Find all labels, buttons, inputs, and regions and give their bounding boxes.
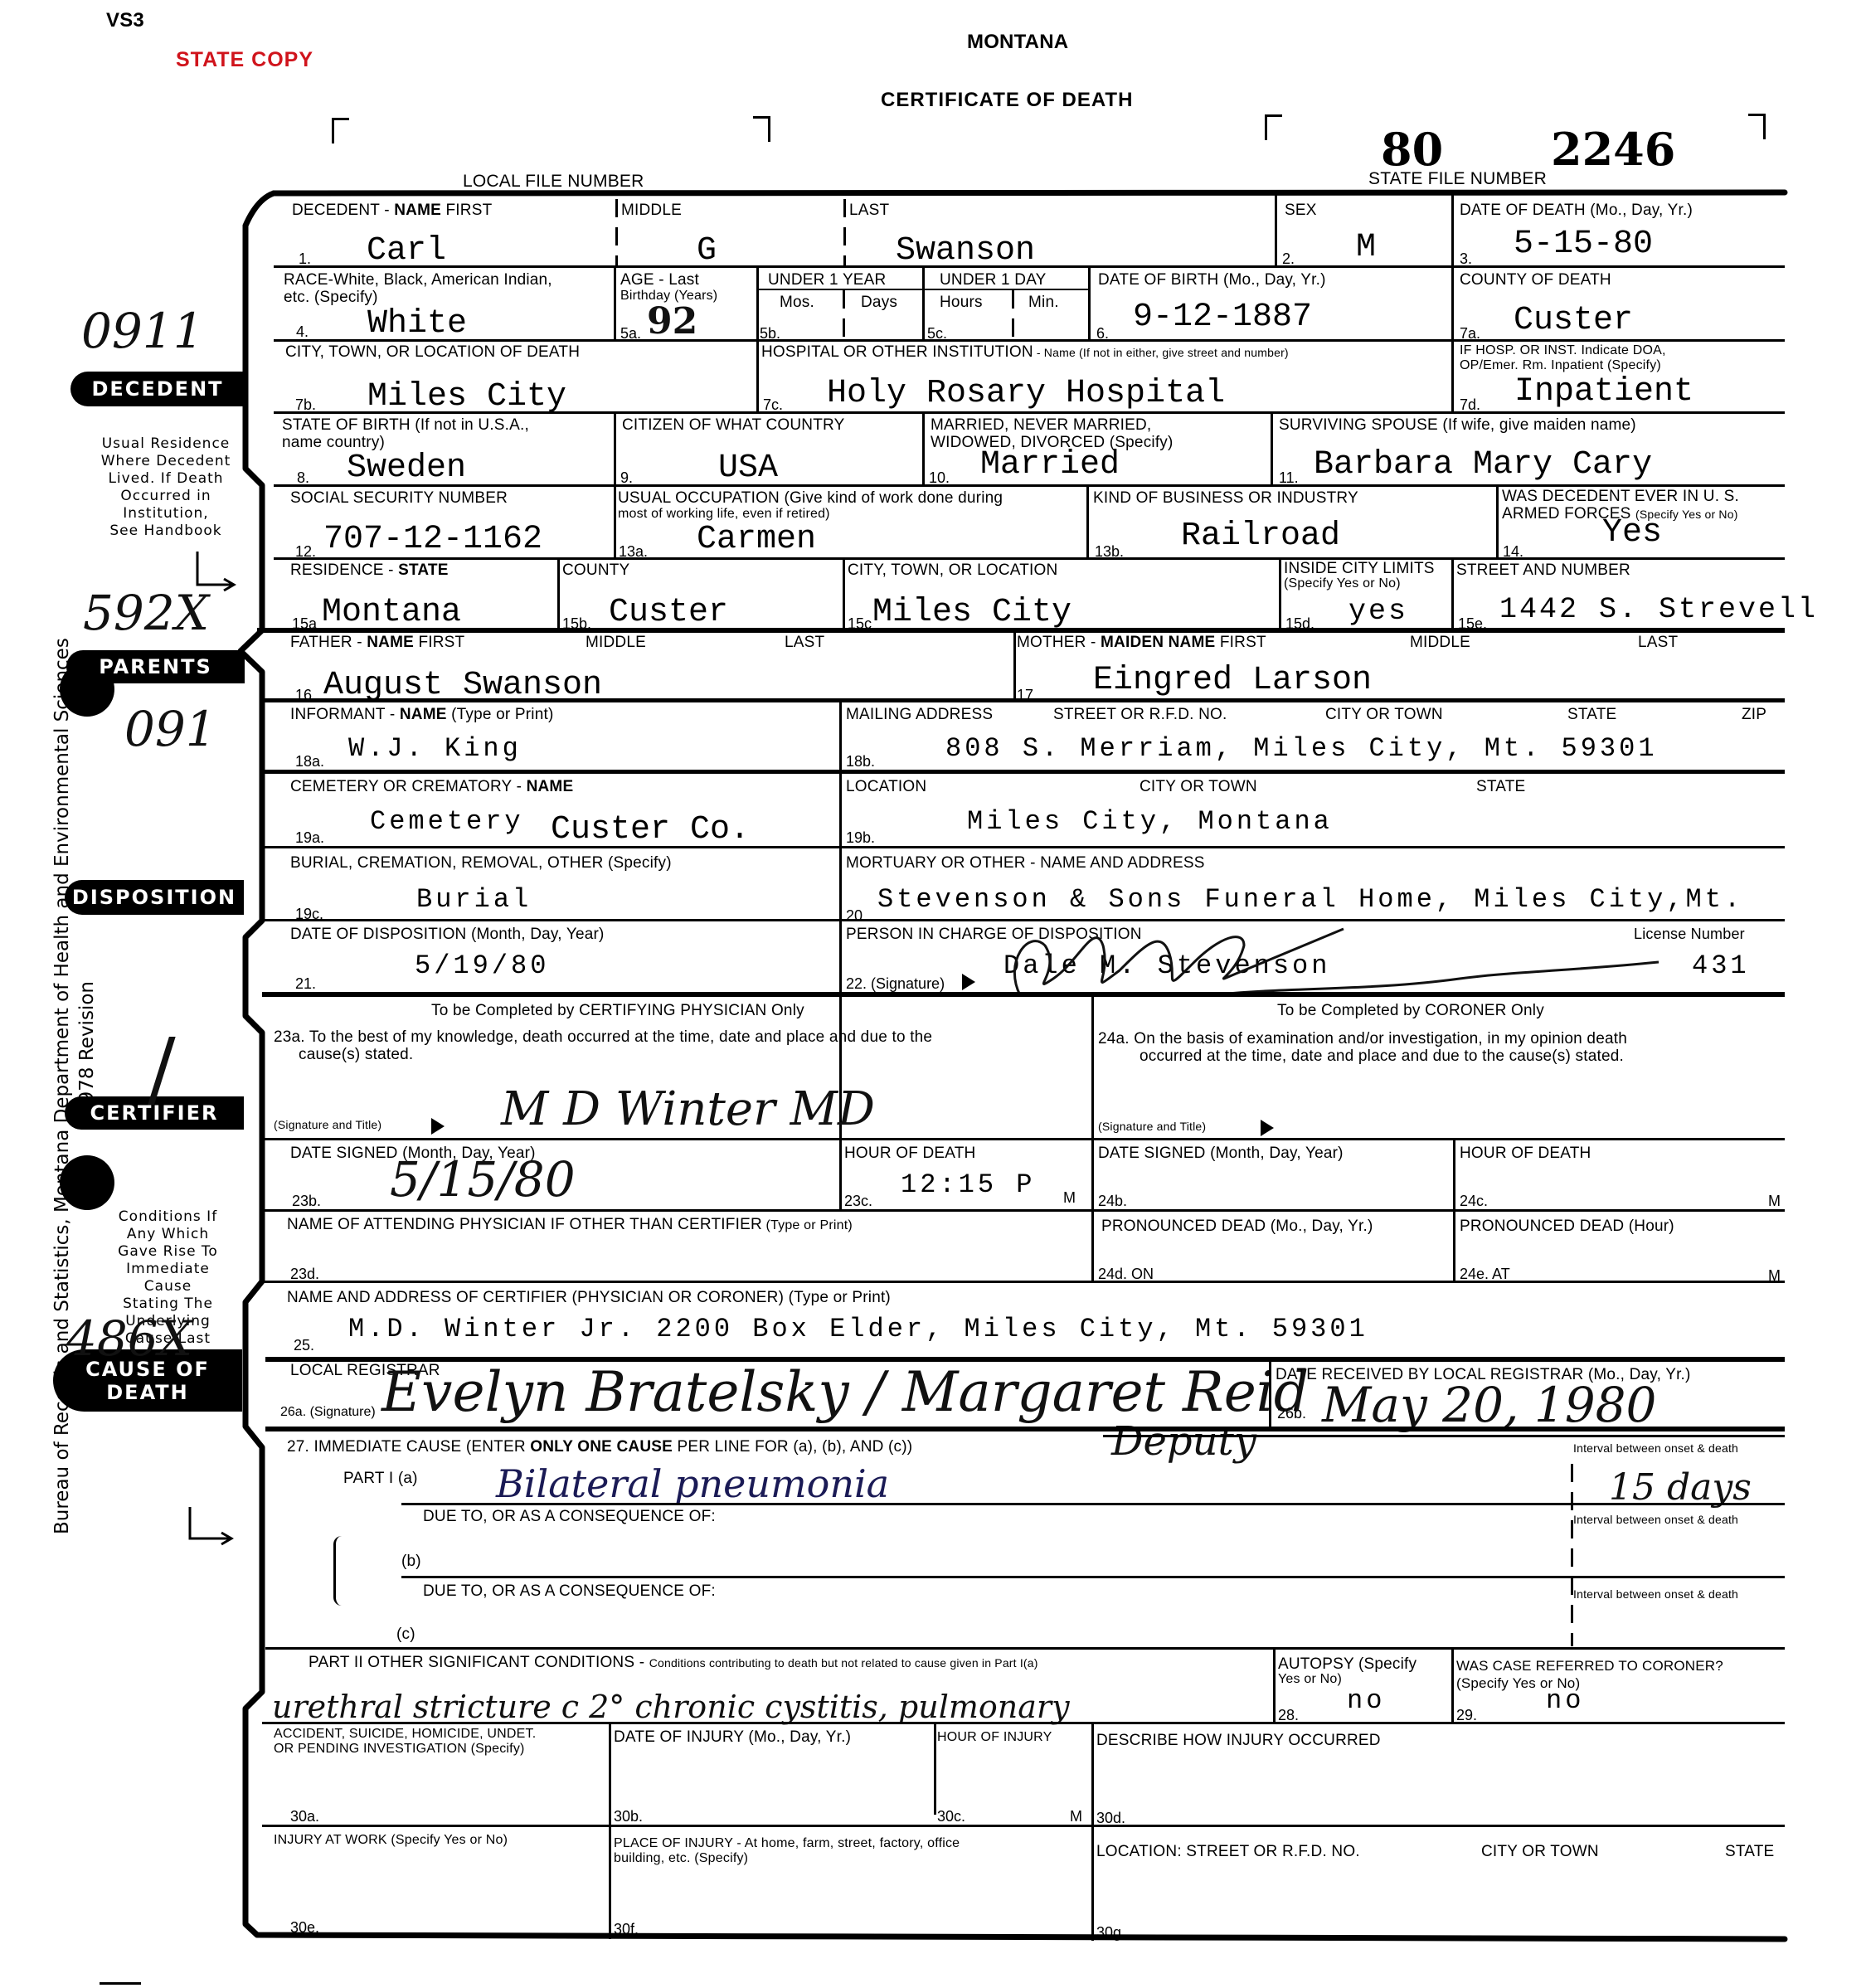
item-24b: 24b.	[1098, 1193, 1127, 1210]
race[interactable]: White	[367, 307, 467, 342]
city-of-death[interactable]: Miles City	[367, 380, 566, 415]
mortuary-label: MORTUARY OR OTHER - NAME AND ADDRESS	[846, 854, 1205, 872]
res-county-label: COUNTY	[562, 561, 629, 579]
part2-conditions[interactable]: urethral stricture c 2° chronic cystitis…	[272, 1689, 1070, 1725]
parents-section-bottom	[262, 698, 1785, 702]
code-091: 091	[124, 701, 216, 757]
disposition-method[interactable]: Burial	[416, 882, 532, 917]
mailing-street-label: STREET OR R.F.D. NO.	[1053, 706, 1227, 723]
doa-label: IF HOSP. OR INST. Indicate DOA,OP/Emer. …	[1460, 343, 1666, 373]
age-label: AGE - LastBirthday (Years)	[620, 271, 717, 304]
autopsy-label: AUTOPSY (SpecifyYes or No)	[1278, 1657, 1417, 1687]
registrar-double-line	[1103, 1435, 1785, 1437]
middle-label: MIDDLE	[621, 202, 682, 219]
business-label: KIND OF BUSINESS OR INDUSTRY	[1093, 489, 1358, 507]
birth-state[interactable]: Sweden	[347, 451, 466, 486]
res-state-label: RESIDENCE - STATE	[290, 561, 449, 579]
item-18a: 18a.	[295, 753, 324, 770]
doa-divider	[1451, 340, 1454, 411]
county-divider	[1451, 267, 1454, 339]
certifier-sig-row-bottom	[262, 1138, 1785, 1140]
cause-c-line	[265, 1647, 1785, 1650]
disposition-date-label: DATE OF DISPOSITION (Month, Day, Year)	[290, 926, 605, 943]
item-30e: 30e.	[290, 1919, 319, 1937]
coroner-referred[interactable]: no	[1546, 1684, 1584, 1718]
hospital-divider	[756, 340, 759, 411]
county-of-death-label: COUNTY OF DEATH	[1460, 271, 1611, 289]
item-26b: 26b.	[1277, 1405, 1306, 1422]
mailing-state-label: STATE	[1567, 706, 1616, 723]
hospital-status[interactable]: Inpatient	[1514, 375, 1693, 410]
cemetery-name-1[interactable]: Cemetery	[370, 804, 524, 839]
accident-label: ACCIDENT, SUICIDE, HOMICIDE, UNDET.OR PE…	[274, 1727, 536, 1757]
mother-label: MOTHER - MAIDEN NAME FIRST	[1017, 634, 1266, 651]
days-label: Days	[861, 294, 897, 311]
residence-arrow-icon	[191, 440, 241, 605]
mother-divider	[1013, 632, 1016, 700]
immediate-cause-label: 27. IMMEDIATE CAUSE (ENTER ONLY ONE CAUS…	[287, 1438, 912, 1456]
date-of-death[interactable]: 5-15-80	[1514, 227, 1653, 262]
hour-of-death[interactable]: 12:15 P	[901, 1168, 1035, 1203]
under1day-divider	[922, 267, 925, 339]
coroner-hour-label: HOUR OF DEATH	[1460, 1145, 1591, 1162]
cemetery-name-2[interactable]: Custer Co.	[551, 813, 750, 848]
injury-location-label: LOCATION: STREET OR R.F.D. NO.	[1096, 1843, 1360, 1860]
spouse-label: SURVIVING SPOUSE (If wife, give maiden n…	[1279, 416, 1636, 434]
revision-vertical-text: 1978 Revision	[76, 981, 98, 1116]
hour-m-suffix: M	[1063, 1189, 1076, 1207]
decedent-middle-name[interactable]: G	[697, 234, 717, 269]
decedent-last-name[interactable]: Swanson	[896, 234, 1035, 269]
informant-address[interactable]: 808 S. Merriam, Miles City, Mt. 59301	[945, 732, 1658, 766]
occupation[interactable]: Carmen	[697, 523, 816, 557]
item-30c: 30c.	[937, 1808, 965, 1825]
marital-divider	[922, 412, 925, 484]
residence-state[interactable]: Montana	[322, 595, 461, 630]
residence-city[interactable]: Miles City	[872, 595, 1071, 630]
disposition-section-bottom	[262, 992, 1785, 997]
cause-a[interactable]: Bilateral pneumonia	[496, 1461, 889, 1506]
row4-bottom	[274, 484, 1785, 487]
autopsy[interactable]: no	[1347, 1684, 1385, 1718]
license-number[interactable]: 431	[1692, 949, 1750, 984]
min-label: Min.	[1028, 294, 1059, 311]
item-25: 25.	[294, 1337, 314, 1354]
coroner-header: To be Completed by CORONER Only	[1277, 1002, 1544, 1019]
interval-divider	[1571, 1464, 1573, 1646]
injury-at-work-label: INJURY AT WORK (Specify Yes or No)	[274, 1833, 508, 1848]
code-486x: 486X	[66, 1310, 192, 1367]
item-19a: 19a.	[295, 829, 324, 847]
tab-cause-line2: DEATH	[106, 1381, 188, 1404]
disposition-method-label: BURIAL, CREMATION, REMOVAL, OTHER (Speci…	[290, 854, 672, 872]
physician-signature-label: (Signature and Title)	[274, 1118, 381, 1131]
certifier-name-label: NAME AND ADDRESS OF CERTIFIER (PHYSICIAN…	[287, 1289, 891, 1306]
injury-describe-label: DESCRIBE HOW INJURY OCCURRED	[1096, 1732, 1381, 1749]
tab-disposition: DISPOSITION	[65, 880, 244, 915]
inside-limits-divider	[1279, 558, 1281, 629]
item-30g: 30g.	[1096, 1924, 1125, 1942]
coroner-hour-m: M	[1768, 1193, 1781, 1210]
hours-min-divider	[1012, 290, 1014, 338]
injury-hour-m: M	[1070, 1808, 1082, 1825]
dod-label: DATE OF DEATH (Mo., Day, Yr.)	[1460, 202, 1693, 219]
item-23b: 23b.	[292, 1193, 321, 1210]
injury-hour-label: HOUR OF INJURY	[937, 1730, 1052, 1745]
street-label: STREET AND NUMBER	[1456, 561, 1630, 579]
hour-of-death-divider	[839, 1138, 842, 1209]
signature-arrow-icon-2	[431, 1118, 446, 1135]
age[interactable]: 92	[647, 300, 697, 343]
hour-of-death-label: HOUR OF DEATH	[844, 1145, 975, 1162]
c-label: (c)	[396, 1626, 415, 1643]
punch-hole-bottom	[60, 1155, 114, 1210]
decedent-first-name[interactable]: Carl	[367, 234, 446, 269]
coroner-signature-label: (Signature and Title)	[1098, 1120, 1206, 1133]
pronounced-hour-label: PRONOUNCED DEAD (Hour)	[1460, 1218, 1674, 1235]
injury-state-label: STATE	[1725, 1843, 1774, 1860]
physician-statement: 23a. To the best of my knowledge, death …	[274, 1028, 932, 1063]
interval-label-b: Interval between onset & death	[1573, 1513, 1738, 1526]
mailing-city-label: CITY OR TOWN	[1325, 706, 1443, 723]
under1year-label: UNDER 1 YEAR	[768, 271, 886, 289]
marital-status[interactable]: Married	[980, 448, 1120, 483]
birth-state-label: STATE OF BIRTH (If not in U.S.A.,name co…	[282, 416, 529, 451]
ssn-label: SOCIAL SECURITY NUMBER	[290, 489, 508, 507]
funeral-director-signature	[995, 912, 1675, 1004]
item-30b: 30b.	[614, 1808, 643, 1825]
coroner-statement: 24a. On the basis of examination and/or …	[1098, 1030, 1627, 1065]
registrar-signature[interactable]: Evelyn Bratelsky / Margaret Reid	[381, 1360, 1309, 1424]
occupation-divider	[614, 485, 616, 557]
bottom-left-mark	[100, 1982, 141, 1985]
cemetery-location[interactable]: Miles City, Montana	[967, 804, 1333, 839]
cemetery-row-bottom	[262, 846, 1785, 848]
father-middle-label: MIDDLE	[586, 634, 646, 651]
name-divider-1	[615, 199, 618, 265]
street-divider	[1451, 558, 1454, 629]
armed-divider	[1496, 485, 1499, 557]
coroner-ref-divider	[1451, 1649, 1454, 1722]
injury-date-label: DATE OF INJURY (Mo., Day, Yr.)	[614, 1728, 851, 1746]
spouse-divider	[1271, 412, 1273, 484]
item-20: 20.	[846, 907, 867, 925]
informant-label: INFORMANT - NAME (Type or Print)	[290, 706, 553, 723]
injury-hour-divider	[934, 1723, 936, 1815]
location-city-label: CITY OR TOWN	[1140, 778, 1257, 795]
attending-row-bottom	[262, 1281, 1785, 1283]
under1year-divider	[756, 267, 759, 339]
item-19b: 19b.	[846, 829, 875, 847]
item-18b: 18b.	[846, 753, 875, 770]
street-address[interactable]: 1442 S. Strevell	[1499, 592, 1818, 627]
mailing-address-label: MAILING ADDRESS	[846, 706, 993, 723]
cemetery-label: CEMETERY OR CREMATORY - NAME	[290, 778, 573, 795]
b-label: (b)	[401, 1553, 421, 1570]
row1-bottom	[274, 265, 1785, 268]
date-received-divider	[1269, 1360, 1271, 1430]
signature-arrow-icon-3	[1261, 1120, 1276, 1136]
item-24c: 24c.	[1460, 1193, 1488, 1210]
name-first-label: DECEDENT - NAME FIRST	[292, 202, 492, 219]
item-26a: 26a. (Signature)	[280, 1405, 376, 1420]
code-slash: /	[148, 1020, 176, 1117]
due-to-label-1: DUE TO, OR AS A CONSEQUENCE OF:	[423, 1508, 716, 1525]
res-county-divider	[557, 558, 560, 629]
informant-name[interactable]: W.J. King	[348, 732, 522, 766]
mailing-zip-label: ZIP	[1742, 706, 1766, 723]
dod-divider	[1451, 193, 1454, 266]
conditions-arrow-icon	[187, 1505, 236, 1555]
due-to-label-2: DUE TO, OR AS A CONSEQUENCE OF:	[423, 1582, 716, 1600]
date-of-birth[interactable]: 9-12-1887	[1133, 300, 1312, 335]
cause-b-line	[401, 1576, 1785, 1578]
inside-city-limits[interactable]: yes	[1348, 594, 1408, 629]
license-number-label: License Number	[1634, 926, 1745, 943]
citizen-divider	[614, 412, 616, 484]
father-last-label: LAST	[785, 634, 824, 651]
mother-maiden-name[interactable]: Eingred Larson	[1093, 663, 1372, 698]
item-30f: 30f.	[614, 1921, 639, 1938]
item-30a: 30a.	[290, 1808, 319, 1825]
hours-label: Hours	[940, 294, 983, 311]
physician-header: To be Completed by CERTIFYING PHYSICIAN …	[431, 1002, 804, 1019]
mos-label: Mos.	[780, 294, 814, 311]
interval-label-a: Interval between onset & death	[1573, 1441, 1738, 1455]
location-label: LOCATION	[846, 778, 926, 795]
res-city-label: CITY, TOWN, OR LOCATION	[848, 561, 1057, 579]
item-4: 4.	[296, 323, 309, 341]
hospital[interactable]: Holy Rosary Hospital	[827, 377, 1225, 411]
item-22: 22. (Signature)	[846, 975, 945, 993]
informant-section-bottom	[262, 770, 1785, 774]
disposition-date[interactable]: 5/19/80	[415, 949, 549, 984]
code-592x: 592X	[83, 585, 209, 641]
res-city-divider	[843, 558, 845, 629]
signature-arrow-icon	[962, 974, 977, 990]
injury-city-label: CITY OR TOWN	[1481, 1843, 1599, 1860]
surviving-spouse[interactable]: Barbara Mary Cary	[1314, 448, 1652, 483]
date-received[interactable]: May 20, 1980	[1322, 1377, 1656, 1433]
coroner-ref-label: WAS CASE REFERRED TO CORONER?(Specify Ye…	[1456, 1657, 1723, 1692]
armed-forces[interactable]: Yes	[1602, 516, 1662, 551]
certifier-name-address[interactable]: M.D. Winter Jr. 2200 Box Elder, Miles Ci…	[348, 1312, 1368, 1347]
place-of-injury-label: PLACE OF INJURY - At home, farm, street,…	[614, 1836, 960, 1866]
decedent-section-bottom	[257, 628, 1785, 633]
part1-label: PART I (a)	[343, 1470, 418, 1487]
registrar-section-bottom	[265, 1427, 1785, 1431]
item-23c: 23c.	[844, 1193, 872, 1210]
part2-bottom	[262, 1722, 1785, 1724]
row3-bottom	[274, 411, 1785, 414]
race-label: RACE-White, Black, American Indian,etc. …	[284, 271, 552, 306]
code-0911: 0911	[81, 303, 204, 359]
business-divider	[1086, 485, 1089, 557]
under1day-label: UNDER 1 DAY	[940, 271, 1047, 289]
sex-divider	[1275, 193, 1277, 266]
name-divider-2	[843, 199, 846, 265]
injury-row-bottom	[262, 1825, 1785, 1827]
attending-physician-label: NAME OF ATTENDING PHYSICIAN IF OTHER THA…	[287, 1216, 853, 1233]
county-of-death[interactable]: Custer	[1514, 304, 1633, 338]
physician-signature[interactable]: M D Winter MD	[501, 1082, 875, 1136]
row5-bottom	[274, 557, 1785, 560]
citizen[interactable]: USA	[718, 451, 778, 486]
injury-describe-divider	[1091, 1723, 1094, 1941]
mother-middle-label: MIDDLE	[1410, 634, 1470, 651]
interval-label-c: Interval between onset & death	[1573, 1587, 1738, 1601]
injury-date-divider	[609, 1723, 611, 1939]
sex-label: SEX	[1285, 202, 1317, 219]
location-state-label: STATE	[1476, 778, 1525, 795]
citizen-label: CITIZEN OF WHAT COUNTRY	[622, 416, 845, 434]
cause-brace	[333, 1536, 347, 1606]
date-signed-row-bottom	[262, 1209, 1785, 1212]
coroner-date-signed-label: DATE SIGNED (Month, Day, Year)	[1098, 1145, 1344, 1162]
part2-label: PART II OTHER SIGNIFICANT CONDITIONS - C…	[309, 1654, 1038, 1671]
pronounced-date-label: PRONOUNCED DEAD (Mo., Day, Yr.)	[1101, 1218, 1373, 1235]
mother-last-label: LAST	[1638, 634, 1678, 651]
residence-county[interactable]: Custer	[609, 595, 728, 630]
business[interactable]: Railroad	[1181, 519, 1340, 554]
occupation-label: USUAL OCCUPATION (Give kind of work done…	[618, 489, 1003, 522]
ssn[interactable]: 707-12-1162	[323, 523, 542, 557]
mos-days-divider	[843, 290, 845, 338]
inside-limits-label: INSIDE CITY LIMITS(Specify Yes or No)	[1284, 561, 1435, 591]
date-signed[interactable]: 5/15/80	[390, 1151, 576, 1208]
row2-bottom	[274, 339, 1785, 342]
dob-label: DATE OF BIRTH (Mo., Day, Yr.)	[1098, 271, 1326, 289]
decedent-sex[interactable]: M	[1356, 231, 1376, 265]
last-label: LAST	[849, 202, 889, 219]
father-label: FATHER - NAME FIRST	[290, 634, 464, 651]
registrar-deputy: Deputy	[1111, 1418, 1256, 1465]
hospital-label: HOSPITAL OR OTHER INSTITUTION - Name (If…	[761, 343, 1289, 361]
item-21: 21.	[295, 975, 316, 993]
autopsy-divider	[1273, 1649, 1276, 1722]
city-of-death-label: CITY, TOWN, OR LOCATION OF DEATH	[285, 343, 580, 361]
age-divider	[614, 267, 616, 339]
cause-a-line	[401, 1503, 1785, 1505]
tab-decedent: DECEDENT	[70, 372, 245, 406]
tab-parents: PARENTS	[66, 650, 245, 683]
dob-divider	[1088, 267, 1091, 339]
